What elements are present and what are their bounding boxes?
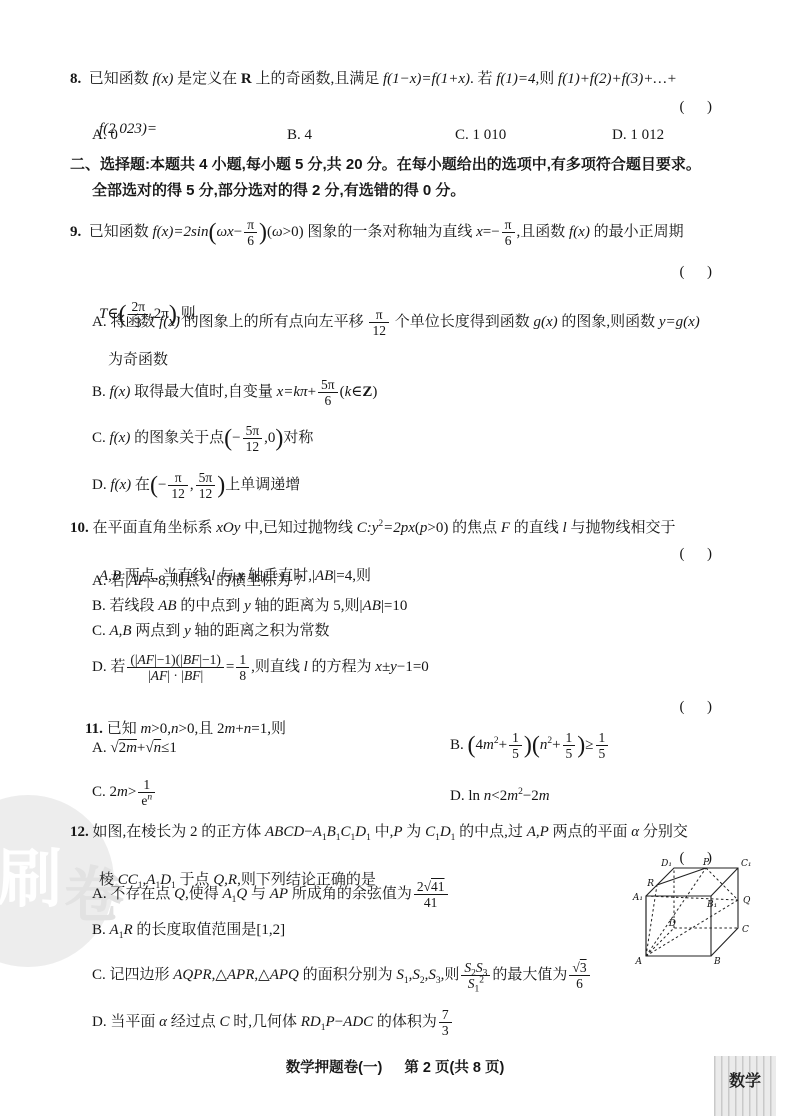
vertex-label-a1: A₁ xyxy=(632,893,643,903)
vertex-label-c1: C₁ xyxy=(741,859,752,869)
question-11-option-b: B. (4m2+15)(n2+15)≥15 xyxy=(450,724,738,766)
question-9-option-d: D. f(x) 在(−π12,5π12)上单调递增 xyxy=(92,464,738,506)
question-12-option-d: D. 当平面 α 经过点 C 时,几何体 RD1P−ADC 的体积为73 xyxy=(92,1001,454,1043)
question-11-stem: 11. 已知 m>0,n>0,且 2m+n=1,则 xyxy=(85,721,286,737)
watermark-char-shua: 刷 xyxy=(0,828,62,920)
question-12-option-c: C. 记四边形 AQPR,△APR,△APQ 的面积分别为 S1,S2,S3,则… xyxy=(92,951,592,999)
vertex-label-a: A xyxy=(635,957,643,967)
question-10-option-a: A. 若|AF|=8,则点 A 的横坐标为 7 xyxy=(92,570,738,592)
vertex-label-b: B xyxy=(713,957,721,967)
cube-figure: D₁ P C₁ R A₁ B₁ Q D C A B xyxy=(624,856,784,968)
question-10-option-c: C. A,B 两点到 y 轴的距离之积为常数 xyxy=(92,620,738,642)
question-9-option-c: C. f(x) 的图象关于点(−5π12,0)对称 xyxy=(92,417,738,459)
footer-page-number: 第 2 页(共 8 页) xyxy=(404,1060,504,1076)
vertex-label-r: R xyxy=(646,879,654,889)
vertex-label-c: C xyxy=(742,925,749,935)
question-8-option-a: A. 0 xyxy=(92,124,118,146)
question-10-option-b: B. 若线段 AB 的中点到 y 轴的距离为 5,则|AB|=10 xyxy=(92,595,738,617)
question-12-line-1: 12. 如图,在棱长为 2 的正方体 ABCD−A1B1C1D1 中,P 为 C… xyxy=(70,821,738,843)
question-9-option-a-wrap: 为奇函数 xyxy=(108,349,738,371)
question-10-answer-bracket: ( ) xyxy=(680,543,713,565)
question-8-option-d: D. 1 012 xyxy=(612,124,664,146)
vertex-label-d1: D₁ xyxy=(660,859,672,869)
question-11-option-c: C. 2m>1en xyxy=(92,771,157,813)
question-8-answer-bracket: ( ) xyxy=(680,96,713,118)
question-11-option-d: D. ln n<2m2−2m xyxy=(450,785,738,807)
question-8-option-b: B. 4 xyxy=(287,124,312,146)
vertex-label-q: Q xyxy=(743,896,751,906)
question-9-line-1: 9. 已知函数 f(x)=2sin(ωx−π6)(ω>0) 图象的一条对称轴为直… xyxy=(70,211,738,253)
cube-solid-edges xyxy=(646,868,738,956)
footer-paper-title: 数学押题卷(一) xyxy=(286,1060,383,1076)
question-12-option-a: A. 不存在点 Q,使得 A1Q 与 AP 所成角的余弦值为2√4141 xyxy=(92,873,450,915)
vertex-label-d: D xyxy=(668,919,676,929)
question-9-option-b: B. f(x) 取得最大值时,自变量 x=kπ+5π6(k∈Z) xyxy=(92,371,738,413)
section-2-header-line-1: 二、选择题:本题共 4 小题,每小题 5 分,共 20 分。在每小题给出的选项中… xyxy=(70,154,738,176)
question-11-answer-bracket: ( ) xyxy=(680,696,713,718)
subject-stamp-label: 数学 xyxy=(714,1068,776,1091)
subject-stamp: 数学 xyxy=(714,1056,776,1116)
question-12-option-b: B. A1R 的长度取值范围是[1,2] xyxy=(92,919,285,941)
question-10-line-1: 10. 在平面直角坐标系 xOy 中,已知过抛物线 C:y2=2px(p>0) … xyxy=(70,517,738,539)
section-2-header-line-2: 全部选对的得 5 分,部分选对的得 2 分,有选错的得 0 分。 xyxy=(92,180,738,202)
exam-page: 刷 卷 8. 已知函数 f(x) 是定义在 R 上的奇函数,且满足 f(1−x)… xyxy=(0,0,790,1116)
question-8-line-1: 8. 已知函数 f(x) 是定义在 R 上的奇函数,且满足 f(1−x)=f(1… xyxy=(70,68,738,90)
vertex-label-b1: B₁ xyxy=(706,900,717,910)
question-9-option-a: A. 将函数 f(x) 的图象上的所有点向左平移 π12 个单位长度得到函数 g… xyxy=(92,301,738,343)
question-11-option-a: A. √2m+√n≤1 xyxy=(92,737,177,759)
question-8-option-c: C. 1 010 xyxy=(455,124,506,146)
vertex-label-p: P xyxy=(702,858,710,868)
page-footer: 数学押题卷(一) 第 2 页(共 8 页) xyxy=(0,1056,790,1077)
question-10-option-d: D. 若(|AF|−1)(|BF|−1)|AF| · |BF|=18,则直线 l… xyxy=(92,643,738,691)
question-9-answer-bracket: ( ) xyxy=(680,251,713,293)
